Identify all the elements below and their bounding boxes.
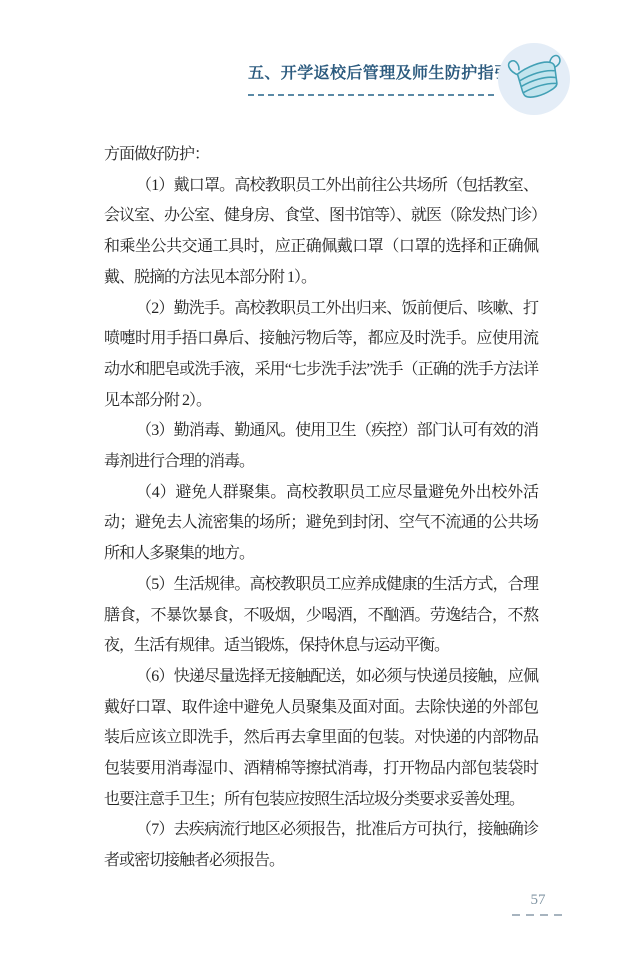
section-header: 五、开学返校后管理及师生防护指引 <box>248 61 494 96</box>
paragraph-7-report-travel: （7）去疾病流行地区必须报告，批准后方可执行，接触确诊者或密切接触者必须报告。 <box>104 815 538 876</box>
page-number: 57 <box>507 890 569 910</box>
section-title: 五、开学返校后管理及师生防护指引 <box>248 61 494 87</box>
paragraph-intro: 方面做好防护： <box>104 140 538 171</box>
paragraph-6-package-delivery: （6）快递尽量选择无接触配送，如必须与快递员接触，应佩戴好口罩、取件途中避免人员… <box>104 662 538 816</box>
footer-dashed-line <box>512 914 566 916</box>
face-mask-icon <box>497 42 571 116</box>
paragraph-1-wear-mask: （1）戴口罩。高校教职员工外出前往公共场所（包括教室、会议室、办公室、健身房、食… <box>104 171 538 294</box>
paragraph-3-disinfect-ventilate: （3）勤消毒、勤通风。使用卫生（疾控）部门认可有效的消毒剂进行合理的消毒。 <box>104 416 538 477</box>
paragraph-2-wash-hands: （2）勤洗手。高校教职员工外出归来、饭前便后、咳嗽、打喷嚏时用手捂口鼻后、接触污… <box>104 294 538 417</box>
paragraph-5-regular-life: （5）生活规律。高校教职员工应养成健康的生活方式，合理膳食，不暴饮暴食，不吸烟，… <box>104 570 538 662</box>
body-text: 方面做好防护： （1）戴口罩。高校教职员工外出前往公共场所（包括教室、会议室、办… <box>104 140 538 877</box>
paragraph-4-avoid-crowds: （4）避免人群聚集。高校教职员工应尽量避免外出校外活动；避免去人流密集的场所；避… <box>104 478 538 570</box>
title-dashed-underline <box>248 94 494 96</box>
document-page: 五、开学返校后管理及师生防护指引 方面做好防护： （1）戴口罩。高校教职员工外出… <box>0 0 639 959</box>
